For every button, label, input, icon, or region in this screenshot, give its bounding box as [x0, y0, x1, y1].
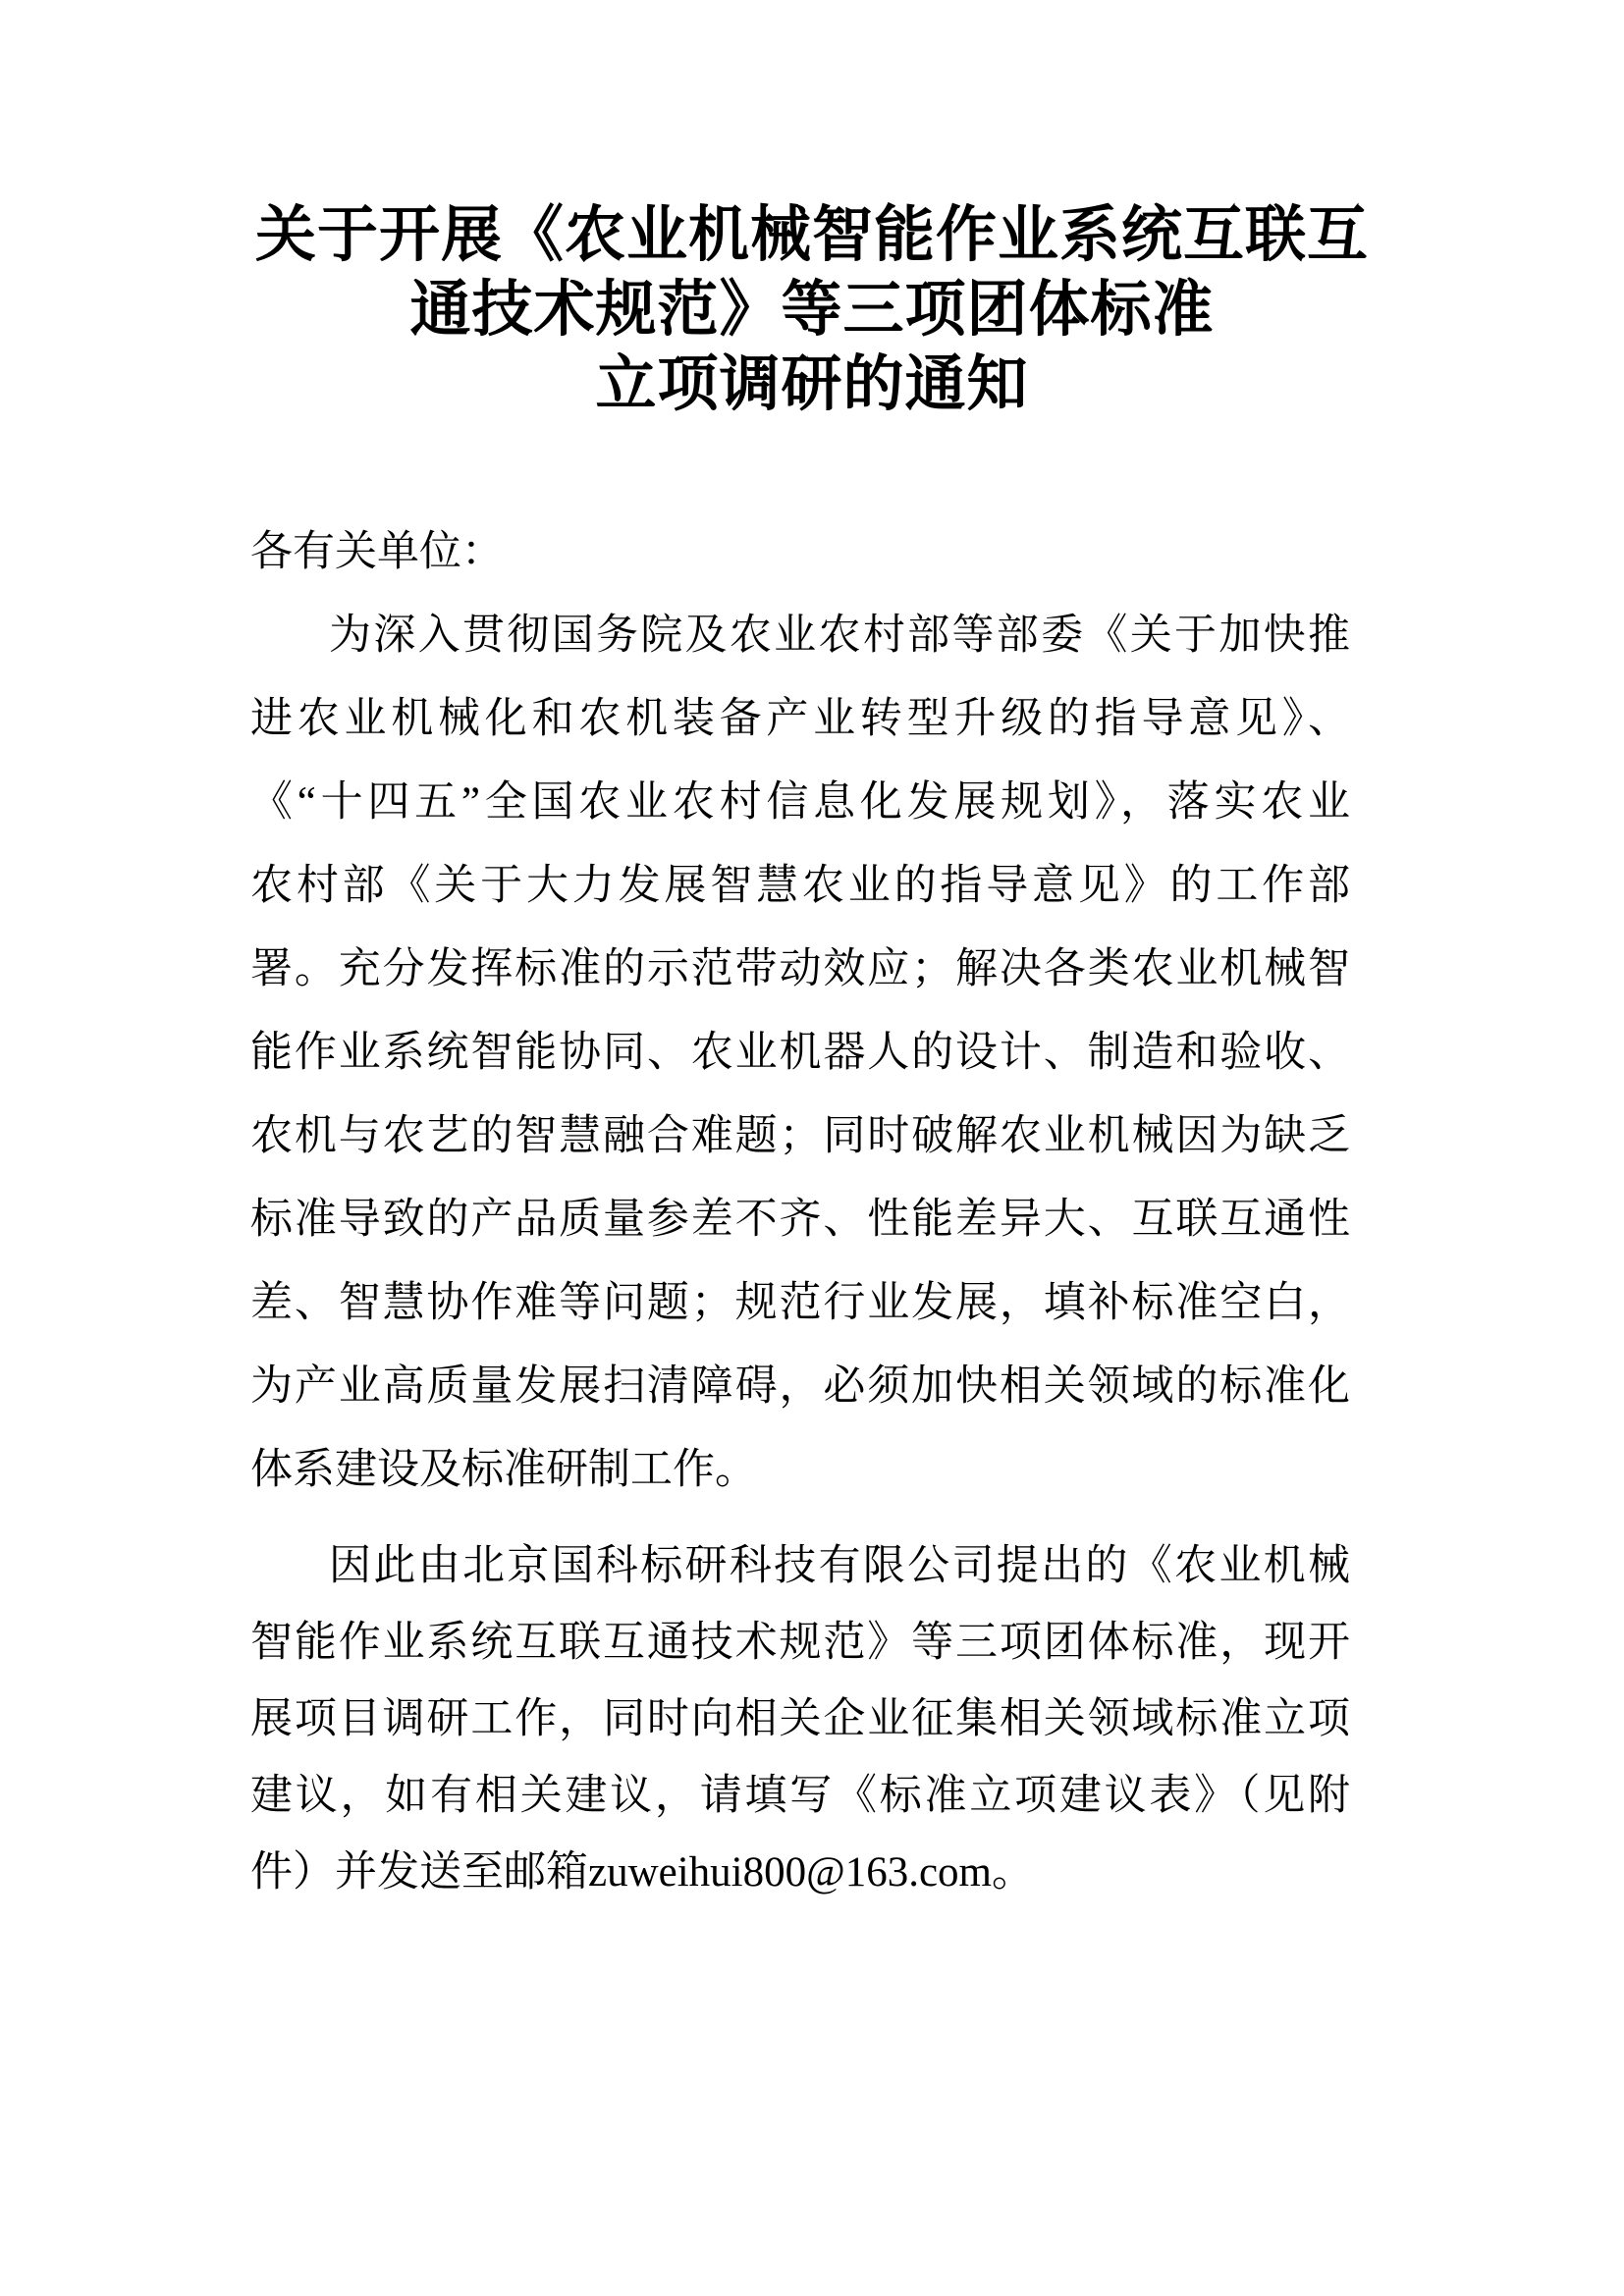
- body-line: 《“十四五”全国农业农村信息化发展规划》，落实农业: [250, 761, 1350, 844]
- salutation: 各有关单位：: [250, 510, 1350, 594]
- body-line: 展项目调研工作，同时向相关企业征集相关领域标准立项: [250, 1682, 1350, 1758]
- title-line: 关于开展《农业机械智能作业系统互联互: [0, 198, 1624, 273]
- body-line: 建议，如有相关建议，请填写《标准立项建议表》（见附: [250, 1758, 1350, 1835]
- title-line: 立项调研的通知: [0, 347, 1624, 422]
- title-line: 通技术规范》等三项团体标准: [0, 273, 1624, 347]
- body-line: 为深入贯彻国务院及农业农村部等部委《关于加快推: [250, 594, 1350, 677]
- body-line: 农机与农艺的智慧融合难题；同时破解农业机械因为缺乏: [250, 1095, 1350, 1178]
- body-line: 差、智慧协作难等问题；规范行业发展，填补标准空白，: [250, 1261, 1350, 1345]
- body-line: 署。充分发挥标准的示范带动效应；解决各类农业机械智: [250, 928, 1350, 1011]
- paragraph-1: 为深入贯彻国务院及农业农村部等部委《关于加快推进农业机械化和农机装备产业转型升级…: [250, 594, 1350, 1512]
- body-line: 体系建设及标准研制工作。: [250, 1428, 1350, 1512]
- document-body: 各有关单位： 为深入贯彻国务院及农业农村部等部委《关于加快推进农业机械化和农机装…: [250, 510, 1350, 1911]
- body-line: 农村部《关于大力发展智慧农业的指导意见》的工作部: [250, 844, 1350, 928]
- body-line: 标准导致的产品质量参差不齐、性能差异大、互联互通性: [250, 1178, 1350, 1261]
- body-line: 进农业机械化和农机装备产业转型升级的指导意见》、: [250, 677, 1350, 761]
- paragraph-2: 因此由北京国科标研科技有限公司提出的《农业机械智能作业系统互联互通技术规范》等三…: [250, 1528, 1350, 1911]
- body-line: 件）并发送至邮箱zuweihui800@163.com。: [250, 1835, 1350, 1911]
- document-page: 关于开展《农业机械智能作业系统互联互通技术规范》等三项团体标准立项调研的通知 各…: [0, 0, 1624, 2296]
- body-line: 因此由北京国科标研科技有限公司提出的《农业机械: [250, 1528, 1350, 1605]
- document-title: 关于开展《农业机械智能作业系统互联互通技术规范》等三项团体标准立项调研的通知: [0, 0, 1624, 422]
- body-line: 为产业高质量发展扫清障碍，必须加快相关领域的标准化: [250, 1345, 1350, 1428]
- body-line: 智能作业系统互联互通技术规范》等三项团体标准，现开: [250, 1605, 1350, 1682]
- body-line: 能作业系统智能协同、农业机器人的设计、制造和验收、: [250, 1011, 1350, 1095]
